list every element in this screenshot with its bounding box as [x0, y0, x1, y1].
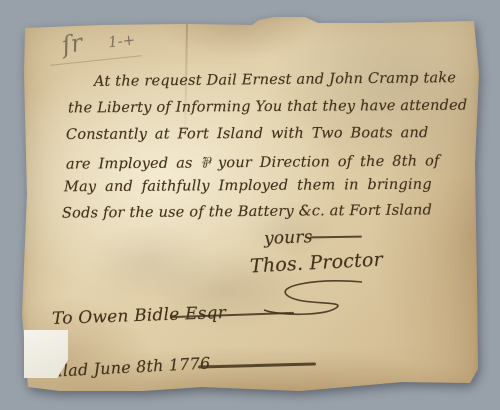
letter-line-5: May and faithfully Imployed them in brin… [64, 177, 432, 196]
pencil-annotation-secondary: 1-+ [107, 31, 136, 52]
letter-line-4: are Imployed as ⅌ your Direction of the … [66, 150, 440, 173]
letter-line-2: the Liberty of Informing You that they h… [68, 98, 467, 117]
date-flourish-stroke [198, 362, 316, 368]
letter-closing: yours [264, 227, 313, 249]
signature-paraph-flourish [244, 276, 384, 318]
letter-line-1: At the request Dail Ernest and John Cram… [94, 70, 456, 90]
pencil-annotation: ſr [60, 28, 85, 59]
photo-of-letter: ſr 1-+ At the request Dail Ernest and Jo… [0, 0, 500, 410]
aged-paper-surface: ſr 1-+ At the request Dail Ernest and Jo… [22, 14, 480, 398]
letter-line-3: Constantly at Fort Island with Two Boats… [66, 125, 429, 143]
closing-dash-stroke [310, 236, 362, 239]
letter-line-6: Sods for the use of the Battery &c. at F… [62, 202, 432, 221]
archival-sticker [24, 330, 68, 378]
signature: Thos. Proctor [250, 249, 384, 278]
letter-paper-sheet: ſr 1-+ At the request Dail Ernest and Jo… [22, 14, 480, 398]
